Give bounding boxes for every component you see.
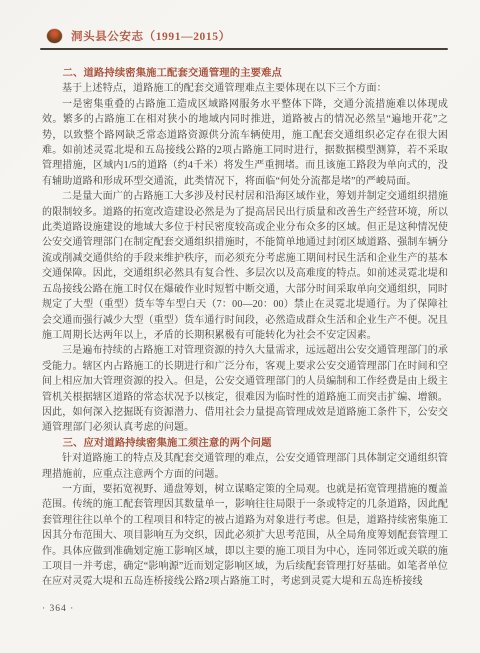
body-paragraph: 一方面，要拓宽视野、通盘筹划，树立谋略定策的全局观。也就是拓宽管理措施的覆盖范围… [42,482,448,590]
body-paragraph: 三是遍布持续的占路施工对管理资源的持久大量需求，远远超出公安交通管理部门的承受能… [42,343,448,435]
page-header: 洞头县公安志（1991—2015） [47,26,448,46]
body-paragraph: 针对道路施工的特点及其配套交通管理的难点，公安交通管理部门具体制定交通组织管理措… [42,451,448,482]
body-paragraph: 基于上述特点，道路施工的配套交通管理难点主要体现在以下三个方面： [42,81,448,96]
section-heading-two-issues: 三、应对道路持续密集施工须注意的两个问题 [42,436,448,451]
book-title: 洞头县公安志（1991—2015） [71,28,231,44]
page-number: · 364 · [42,604,74,614]
page-body: 二、道路持续密集施工配套交通管理的主要难点 基于上述特点，道路施工的配套交通管理… [42,66,448,590]
body-paragraph: 一是密集重叠的占路施工造成区域路网服务水平整体下降，交通分流措施难以体现成效。繁… [42,97,448,189]
body-paragraph: 二是量大面广的占路施工大多涉及村民村居和沿海区域作业，筹划并制定交通组织措施的限… [42,189,448,343]
header-divider [40,48,448,50]
section-heading-difficulties: 二、道路持续密集施工配套交通管理的主要难点 [42,66,448,81]
seal-emblem-icon [47,29,62,43]
scanned-book-page: 洞头县公安志（1991—2015） 二、道路持续密集施工配套交通管理的主要难点 … [0,0,480,653]
